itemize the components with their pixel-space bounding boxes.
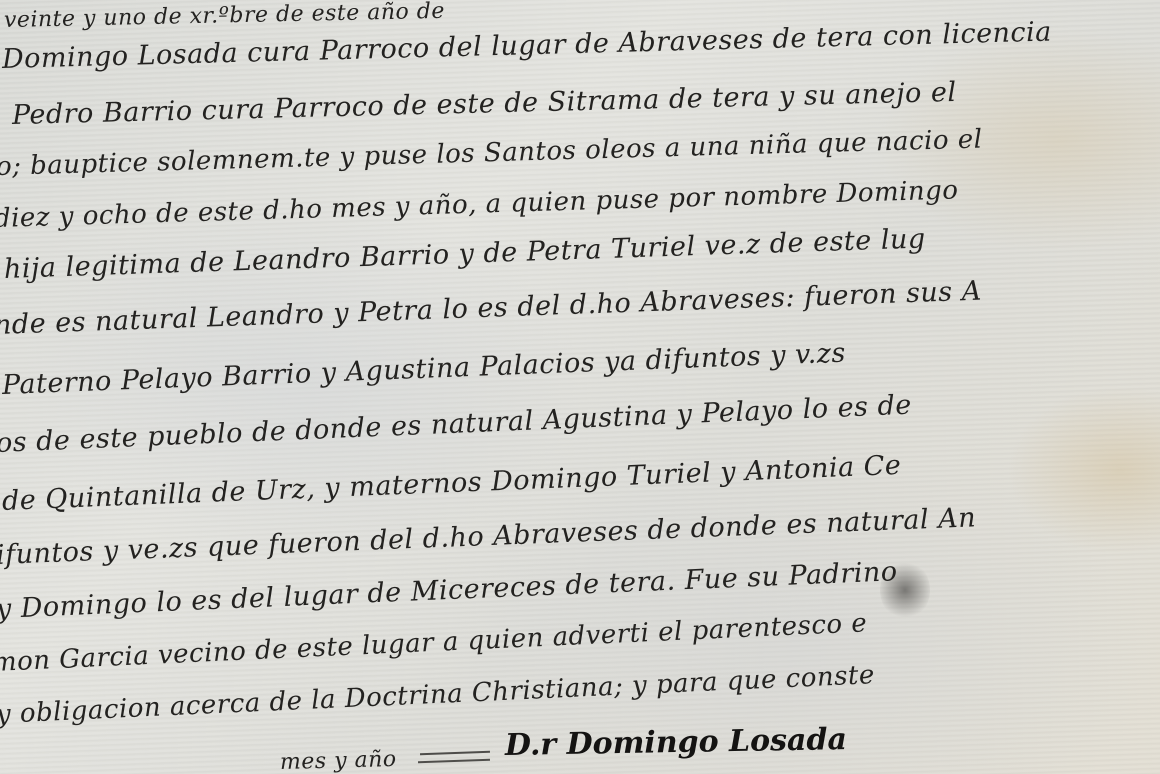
manuscript-line: hija legitima de Leandro Barrio y de Pet… xyxy=(3,223,926,285)
manuscript-line: o; bauptice solemnem.te y puse los Santo… xyxy=(0,124,983,182)
manuscript-line: de Quintanilla de Urz, y maternos Doming… xyxy=(1,450,902,517)
manuscript-line: veinte y uno de xr.ºbre de este año de xyxy=(4,0,445,33)
ink-smudge xyxy=(880,560,930,620)
manuscript-line: Paterno Pelayo Barrio y Agustina Palacio… xyxy=(1,338,846,401)
manuscript-line: Pedro Barrio cura Parroco de este de Sit… xyxy=(12,77,957,131)
closing-rule xyxy=(420,751,490,755)
manuscript-line: mes y año xyxy=(280,747,397,774)
signature: D.r Domingo Losada xyxy=(505,722,847,763)
manuscript-line: os de este pueblo de donde es natural Ag… xyxy=(0,390,912,459)
document-photo: veinte y uno de xr.ºbre de este año de D… xyxy=(0,0,1160,774)
manuscript-line: nde es natural Leandro y Petra lo es del… xyxy=(0,276,982,341)
closing-rule xyxy=(418,759,490,764)
manuscript-line: diez y ocho de este d.ho mes y año, a qu… xyxy=(0,175,959,234)
